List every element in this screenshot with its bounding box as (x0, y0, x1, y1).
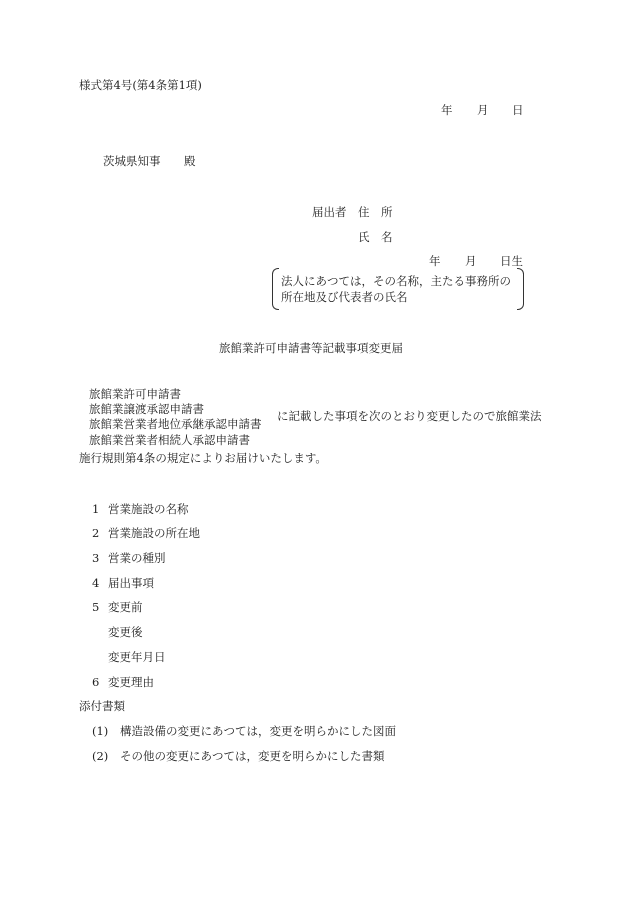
item-label: 営業の種別 (108, 551, 166, 565)
birth-month: 月 (465, 254, 477, 268)
attachments-heading: 添付書類 (79, 699, 125, 713)
attachment-label: その他の変更にあつては，変更を明らかにした書類 (120, 749, 385, 763)
item-label: 変更後 (108, 625, 143, 639)
birth-year: 年 (429, 254, 441, 268)
document-type-3: 旅館業営業者地位承継承認申請書 (89, 417, 262, 431)
date-month: 月 (477, 103, 489, 117)
document-title: 旅館業許可申請書等記載事項変更届 (219, 341, 403, 355)
attachment-num: (1) (92, 724, 108, 738)
item-label: 変更理由 (108, 675, 154, 689)
right-bracket (517, 268, 524, 310)
item-num: 1 (92, 502, 99, 516)
item-num: 2 (92, 526, 99, 540)
date-year: 年 (441, 103, 453, 117)
date-day: 日 (512, 103, 524, 117)
form-number: 様式第4号(第4条第1項) (79, 78, 202, 92)
item-label: 変更年月日 (108, 650, 166, 664)
item-label: 営業施設の名称 (108, 502, 189, 516)
item-num: 6 (92, 675, 99, 689)
corporate-note-line1: 法人にあつては，その名称，主たる事務所の (281, 274, 511, 288)
document-type-1: 旅館業許可申請書 (89, 387, 181, 401)
addressee-honorific: 殿 (184, 154, 196, 168)
body-text-line1: に記載した事項を次のとおり変更したので旅館業法 (277, 409, 542, 423)
item-num: 3 (92, 551, 99, 565)
document-type-4: 旅館業営業者相続人承認申請書 (89, 433, 250, 447)
filer-label: 届出者 (312, 205, 347, 219)
item-label: 変更前 (108, 600, 143, 614)
item-label: 営業施設の所在地 (108, 526, 200, 540)
addressee-name: 茨城県知事 (103, 154, 161, 168)
attachment-num: (2) (92, 749, 108, 763)
corporate-note-line2: 所在地及び代表者の氏名 (281, 290, 408, 304)
birth-day: 日生 (500, 254, 523, 268)
item-label: 届出事項 (108, 576, 154, 590)
attachment-label: 構造設備の変更にあつては，変更を明らかにした図面 (120, 724, 396, 738)
body-text-line2: 施行規則第4条の規定によりお届けいたします。 (79, 451, 327, 465)
item-num: 4 (92, 576, 99, 590)
address-label: 住 所 (358, 205, 393, 219)
item-num: 5 (92, 600, 99, 614)
left-bracket (272, 268, 279, 310)
document-type-2: 旅館業譲渡承認申請書 (89, 402, 204, 416)
name-label: 氏 名 (358, 230, 393, 244)
